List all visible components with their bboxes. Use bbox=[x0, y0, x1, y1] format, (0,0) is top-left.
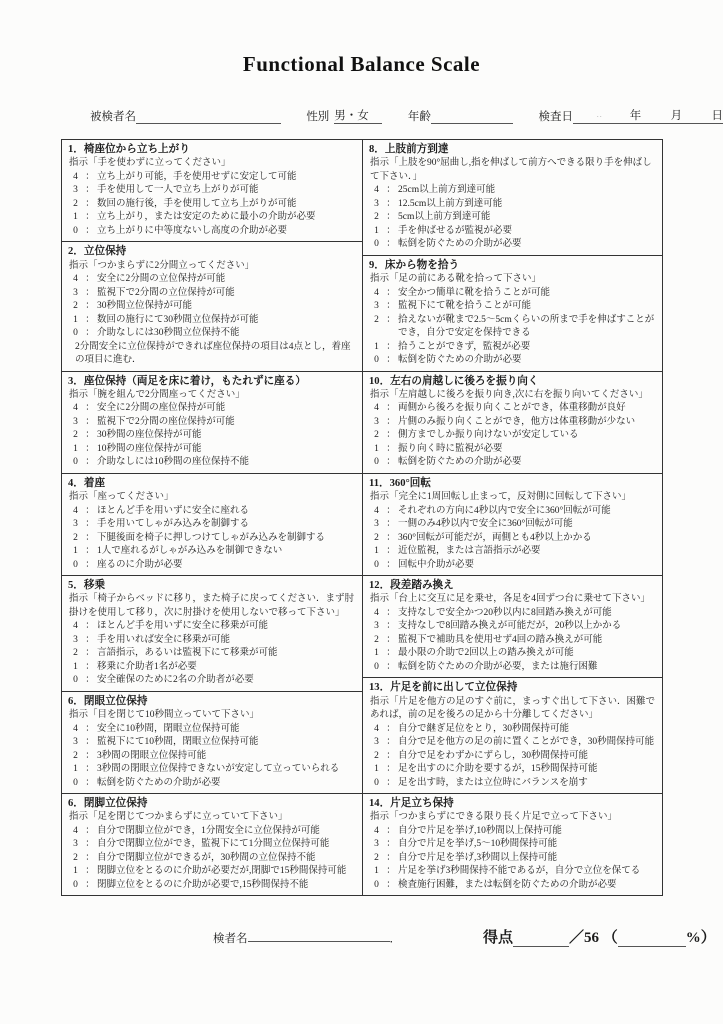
score-separator: ： bbox=[83, 723, 97, 736]
score-separator: ： bbox=[83, 865, 97, 878]
score-value: 3 bbox=[68, 184, 83, 197]
score-criterion: 片側のみ振り向くことができ，他方は体重移動が少ない bbox=[398, 416, 657, 429]
score-separator: ： bbox=[384, 838, 398, 851]
score-separator: ： bbox=[83, 750, 97, 763]
score-value: 3 bbox=[369, 416, 384, 429]
score-value: 0 bbox=[369, 879, 384, 892]
score-criterion: 支持なしで安全かつ20秒以内に8回踏み換えが可能 bbox=[398, 607, 657, 620]
section-body: 指示「足の前にある靴を拾って下さい」4：安全かつ簡単に靴を拾うことが可能3：監視… bbox=[369, 273, 657, 367]
total-score-label: 得点 bbox=[483, 930, 513, 946]
score-separator: ： bbox=[384, 852, 398, 865]
score-value: 4 bbox=[68, 620, 83, 633]
score-separator: ： bbox=[384, 532, 398, 545]
score-criterion: 転倒を防ぐための介助が必要 bbox=[398, 238, 657, 251]
section-body: 指示「左肩越しに後ろを振り向き,次に右を振り向いてください」4：両側から後ろを振… bbox=[369, 389, 657, 470]
score-value: 4 bbox=[68, 505, 83, 518]
year-label: 年 bbox=[630, 107, 642, 124]
score-value: 0 bbox=[369, 777, 384, 790]
score-value: 2 bbox=[68, 647, 83, 660]
section-body: 指示「座ってください」4：ほとんど手を用いずに安全に座れる3：手を用いてしゃがみ… bbox=[68, 491, 357, 572]
score-value: 3 bbox=[68, 838, 83, 851]
score-value: 1 bbox=[369, 443, 384, 456]
score-row: 0：座るのに介助が必要 bbox=[68, 559, 357, 572]
score-criterion: 介助なしには30秒間立位保持不能 bbox=[97, 327, 357, 340]
section-instruction: 指示「腕を組んで2分間座ってください」 bbox=[68, 389, 357, 402]
section-instruction: 指示「左肩越しに後ろを振り向き,次に右を振り向いてください」 bbox=[369, 389, 657, 402]
score-separator: ： bbox=[384, 736, 398, 749]
section-heading: 10．左右の肩越しに後ろを振り向く bbox=[369, 374, 657, 389]
score-value: 2 bbox=[68, 852, 83, 865]
score-separator: ： bbox=[83, 225, 97, 238]
score-criterion: 安全確保のために2名の介助者が必要 bbox=[97, 674, 357, 687]
score-separator: ： bbox=[384, 825, 398, 838]
score-row: 0：転倒を防ぐための介助が必要 bbox=[369, 354, 657, 367]
score-criterion: 手を伸ばせるが監視が必要 bbox=[398, 225, 657, 238]
section-13: 13．片足を前に出して立位保持指示「片足を他方の足のすぐ前に，まっすぐ出して下さ… bbox=[363, 677, 662, 793]
page-title: Functional Balance Scale bbox=[0, 0, 723, 77]
score-value: 3 bbox=[68, 736, 83, 749]
score-criterion: 最小限の介助で2回以上の踏み換えが可能 bbox=[398, 647, 657, 660]
score-row: 1：足を出すのに介助を要するが，15秒間保持可能 bbox=[369, 763, 657, 776]
score-separator: ： bbox=[83, 171, 97, 184]
score-group: 得点／56 （%） bbox=[483, 926, 716, 947]
score-value: 0 bbox=[68, 674, 83, 687]
score-row: 3：12.5cm以上前方到達可能 bbox=[369, 198, 657, 211]
score-row: 3：監視下にて10秒間，閉眼立位保持可能 bbox=[68, 736, 357, 749]
examiner-name-blank bbox=[248, 928, 390, 942]
score-criterion: 閉脚立位をとるのに介助が必要で,15秒間保持不能 bbox=[97, 879, 357, 892]
score-criterion: 拾うことができず，監視が必要 bbox=[398, 341, 657, 354]
score-criterion: 立ち上がりに中等度ないし高度の介助が必要 bbox=[97, 225, 357, 238]
section-body: 指示「目を閉じて10秒間立っていて下さい」4：安全に10秒間，閉眼立位保持可能3… bbox=[68, 709, 357, 790]
score-row: 3：監視下で2分間の立位保持が可能 bbox=[68, 287, 357, 300]
score-separator: ： bbox=[83, 327, 97, 340]
score-criterion: 自分で片足を挙げ,5～10秒間保持可能 bbox=[398, 838, 657, 851]
score-criterion: 数回の施行にて30秒間立位保持が可能 bbox=[97, 314, 357, 327]
score-row: 4：25cm以上前方到達可能 bbox=[369, 184, 657, 197]
score-value: 1 bbox=[369, 865, 384, 878]
score-criterion: ほとんど手を用いずに安全に移乗が可能 bbox=[97, 620, 357, 633]
score-row: 1：1人で座れるがしゃがみ込みを制御できない bbox=[68, 545, 357, 558]
score-row: 2：3秒間の閉眼立位保持可能 bbox=[68, 750, 357, 763]
score-value: 4 bbox=[369, 505, 384, 518]
score-separator: ： bbox=[384, 198, 398, 211]
score-separator: ： bbox=[83, 198, 97, 211]
section-instruction: 指示「足の前にある靴を拾って下さい」 bbox=[369, 273, 657, 286]
score-separator: ： bbox=[83, 518, 97, 531]
score-criterion: 安全に10秒間，閉眼立位保持可能 bbox=[97, 723, 357, 736]
score-value: 4 bbox=[68, 273, 83, 286]
header-fill-in-line: 被検者名 性別 男・女 年齢 検査日 ．． 年 月 日 bbox=[90, 107, 723, 124]
score-criterion: 25cm以上前方到達可能 bbox=[398, 184, 657, 197]
score-separator: ： bbox=[83, 545, 97, 558]
score-criterion: 拾えないが靴まで2.5～5cmくらいの所まで手を伸ばすことができ，自分で安定を保… bbox=[398, 314, 657, 341]
score-value: 4 bbox=[369, 825, 384, 838]
score-criterion: 介助なしには10秒間の座位保持不能 bbox=[97, 456, 357, 469]
score-row: 0：介助なしには30秒間立位保持不能 bbox=[68, 327, 357, 340]
section-heading: 4．着座 bbox=[68, 476, 357, 491]
score-row: 2：側方までしか振り向けないが安定している bbox=[369, 429, 657, 442]
score-value: 1 bbox=[369, 763, 384, 776]
section-heading: 3．座位保持（両足を床に着け，もたれずに座る） bbox=[68, 374, 357, 389]
section-instruction: 指示「足を閉じてつかまらずに立っていて下さい」 bbox=[68, 811, 357, 824]
section-instruction: 指示「上肢を90°屈曲し,指を伸ばして前方へできる限り手を伸ばして下さい．」 bbox=[369, 157, 657, 184]
score-criterion: 側方までしか振り向けないが安定している bbox=[398, 429, 657, 442]
score-value: 2 bbox=[369, 750, 384, 763]
score-criterion: 自分で足をわずかにずらし，30秒間保持可能 bbox=[398, 750, 657, 763]
section-instruction: 指示「台上に交互に足を乗せ，各足を4回ずつ台に乗せて下さい」 bbox=[369, 593, 657, 606]
footer-line: 検者名 ． 得点／56 （%） bbox=[213, 926, 723, 947]
score-value: 4 bbox=[369, 287, 384, 300]
score-separator: ： bbox=[83, 620, 97, 633]
score-criterion: 立ち上がり，または安定のために最小の介助が必要 bbox=[97, 211, 357, 224]
score-separator: ： bbox=[384, 225, 398, 238]
section-heading: 8．上肢前方到達 bbox=[369, 142, 657, 157]
score-value: 3 bbox=[369, 620, 384, 633]
section-heading: 1．椅座位から立ち上がり bbox=[68, 142, 357, 157]
section-instruction: 指示「片足を他方の足のすぐ前に，まっすぐ出して下さい．困難であれば，前の足を後ろ… bbox=[369, 696, 657, 723]
score-separator: ： bbox=[384, 518, 398, 531]
score-row: 4：安全に2分間の立位保持が可能 bbox=[68, 273, 357, 286]
score-row: 1：片足を挙げ3秒間保持不能であるが，自分で立位を保てる bbox=[369, 865, 657, 878]
score-separator: ： bbox=[384, 456, 398, 469]
score-separator: ： bbox=[83, 300, 97, 313]
score-value: 3 bbox=[68, 287, 83, 300]
section-body: 指示「完全に1周回転し止まって，反対側に回転して下さい」4：それぞれの方向に4秒… bbox=[369, 491, 657, 572]
section-body: 指示「足を閉じてつかまらずに立っていて下さい」4：自分で閉脚立位ができ，1分間安… bbox=[68, 811, 357, 892]
assessment-table: 1．椅座位から立ち上がり指示「手を使わずに立ってください」4：立ち上がり可能，手… bbox=[61, 139, 663, 896]
section-12: 12．段差踏み換え指示「台上に交互に足を乗せ，各足を4回ずつ台に乗せて下さい」4… bbox=[363, 575, 662, 677]
score-value: 1 bbox=[369, 225, 384, 238]
score-row: 0：介助なしには10秒間の座位保持不能 bbox=[68, 456, 357, 469]
score-criterion: 手を用いてしゃがみ込みを制御する bbox=[97, 518, 357, 531]
score-separator: ： bbox=[384, 429, 398, 442]
score-separator: ： bbox=[384, 634, 398, 647]
score-separator: ： bbox=[83, 763, 97, 776]
score-separator: ： bbox=[384, 607, 398, 620]
score-criterion: 監視下で2分間の立位保持が可能 bbox=[97, 287, 357, 300]
examiner-period: ． bbox=[390, 930, 402, 946]
score-criterion: 自分で片足を挙げ,10秒間以上保持可能 bbox=[398, 825, 657, 838]
score-separator: ： bbox=[384, 777, 398, 790]
score-criterion: 座るのに介助が必要 bbox=[97, 559, 357, 572]
score-row: 3：自分で閉脚立位ができ，監視下にて1分間立位保持可能 bbox=[68, 838, 357, 851]
score-value: 2 bbox=[68, 429, 83, 442]
section-8: 8．上肢前方到達指示「上肢を90°屈曲し,指を伸ばして前方へできる限り手を伸ばし… bbox=[363, 140, 662, 255]
score-row: 2：下腿後面を椅子に押しつけてしゃがみ込みを制御する bbox=[68, 532, 357, 545]
score-row: 3：手を用いれば安全に移乗が可能 bbox=[68, 634, 357, 647]
score-criterion: 監視下で補助具を使用せず4回の踏み換えが可能 bbox=[398, 634, 657, 647]
score-separator: ： bbox=[83, 736, 97, 749]
document-page: Functional Balance Scale 被検者名 性別 男・女 年齢 … bbox=[0, 0, 723, 1024]
score-row: 2：5cm以上前方到達可能 bbox=[369, 211, 657, 224]
score-row: 2：30秒間立位保持が可能 bbox=[68, 300, 357, 313]
score-separator: ： bbox=[384, 211, 398, 224]
score-criterion: 自分で閉脚立位ができ，監視下にて1分間立位保持可能 bbox=[97, 838, 357, 851]
sex-options: 男・女 bbox=[334, 107, 369, 124]
score-separator: ： bbox=[83, 429, 97, 442]
section-6b: 6．閉脚立位保持指示「足を閉じてつかまらずに立っていて下さい」4：自分で閉脚立位… bbox=[62, 793, 362, 895]
section-instruction: 指示「目を閉じて10秒間立っていて下さい」 bbox=[68, 709, 357, 722]
section-heading: 9．床から物を拾う bbox=[369, 258, 657, 273]
score-separator: ： bbox=[83, 314, 97, 327]
exam-date-blank: ．． bbox=[573, 110, 630, 124]
score-row: 4：安全に10秒間，閉眼立位保持可能 bbox=[68, 723, 357, 736]
score-value: 1 bbox=[68, 661, 83, 674]
score-row: 1：10秒間の座位保持が可能 bbox=[68, 443, 357, 456]
score-value: 1 bbox=[68, 211, 83, 224]
section-4: 4．着座指示「座ってください」4：ほとんど手を用いずに安全に座れる3：手を用いて… bbox=[62, 473, 362, 575]
score-value: 2 bbox=[369, 852, 384, 865]
total-score-blank bbox=[513, 931, 569, 947]
score-row: 3：監視下にて靴を拾うことが可能 bbox=[369, 300, 657, 313]
score-separator: ： bbox=[384, 723, 398, 736]
score-row: 4：立ち上がり可能，手を使用せずに安定して可能 bbox=[68, 171, 357, 184]
score-row: 2：自分で片足を挙げ,3秒間以上保持可能 bbox=[369, 852, 657, 865]
score-value: 4 bbox=[68, 723, 83, 736]
score-value: 4 bbox=[369, 723, 384, 736]
score-criterion: 一側のみ4秒以内で安全に360°回転が可能 bbox=[398, 518, 657, 531]
percent-close: %） bbox=[686, 930, 716, 946]
score-row: 3：手を用いてしゃがみ込みを制御する bbox=[68, 518, 357, 531]
age-blank bbox=[431, 110, 513, 124]
percent-paren-open: （ bbox=[603, 930, 618, 946]
score-row: 4：自分で閉脚立位ができ，1分間安全に立位保持が可能 bbox=[68, 825, 357, 838]
score-value: 2 bbox=[369, 211, 384, 224]
score-value: 2 bbox=[369, 429, 384, 442]
section-body: 指示「腕を組んで2分間座ってください」4：安全に2分間の座位保持が可能3：監視下… bbox=[68, 389, 357, 470]
score-criterion: 振り向く時に監視が必要 bbox=[398, 443, 657, 456]
score-row: 1：移乗に介助者1名が必要 bbox=[68, 661, 357, 674]
score-row: 0：安全確保のために2名の介助者が必要 bbox=[68, 674, 357, 687]
score-separator: ： bbox=[83, 456, 97, 469]
score-row: 4：それぞれの方向に4秒以内で安全に360°回転が可能 bbox=[369, 505, 657, 518]
score-row: 1：振り向く時に監視が必要 bbox=[369, 443, 657, 456]
section-instruction: 指示「完全に1周回転し止まって，反対側に回転して下さい」 bbox=[369, 491, 657, 504]
score-criterion: 安全に2分間の立位保持が可能 bbox=[97, 273, 357, 286]
section-14: 14．片足立ち保持指示「つかまらずにできる限り長く片足で立って下さい」4：自分で… bbox=[363, 793, 662, 895]
score-criterion: 移乗に介助者1名が必要 bbox=[97, 661, 357, 674]
score-value: 0 bbox=[68, 559, 83, 572]
score-criterion: 3秒間の閉眼立位保持可能 bbox=[97, 750, 357, 763]
section-instruction: 指示「座ってください」 bbox=[68, 491, 357, 504]
section-body: 指示「上肢を90°屈曲し,指を伸ばして前方へできる限り手を伸ばして下さい．」4：… bbox=[369, 157, 657, 251]
score-value: 0 bbox=[68, 456, 83, 469]
score-criterion: 360°回転が可能だが，両側とも4秒以上かかる bbox=[398, 532, 657, 545]
score-row: 0：足を出す時，または立位時にバランスを崩す bbox=[369, 777, 657, 790]
column-right: 8．上肢前方到達指示「上肢を90°屈曲し,指を伸ばして前方へできる限り手を伸ばし… bbox=[362, 140, 662, 895]
section-body: 指示「つかまらずにできる限り長く片足で立って下さい」4：自分で片足を挙げ,10秒… bbox=[369, 811, 657, 892]
score-row: 4：両側から後ろを振り向くことができ，体重移動が良好 bbox=[369, 402, 657, 415]
score-denominator: ／56 bbox=[569, 930, 599, 946]
score-criterion: ほとんど手を用いずに安全に座れる bbox=[97, 505, 357, 518]
score-value: 1 bbox=[369, 545, 384, 558]
score-separator: ： bbox=[83, 184, 97, 197]
section-heading: 14．片足立ち保持 bbox=[369, 796, 657, 811]
score-row: 1：数回の施行にて30秒間立位保持が可能 bbox=[68, 314, 357, 327]
score-row: 4：自分で継ぎ足位をとり，30秒間保持可能 bbox=[369, 723, 657, 736]
score-criterion: 言語指示，あるいは監視下にて移乗が可能 bbox=[97, 647, 357, 660]
score-value: 3 bbox=[369, 736, 384, 749]
score-row: 0：転倒を防ぐための介助が必要 bbox=[369, 238, 657, 251]
score-criterion: 監視下で2分間の座位保持が可能 bbox=[97, 416, 357, 429]
score-row: 2：360°回転が可能だが，両側とも4秒以上かかる bbox=[369, 532, 657, 545]
score-criterion: 3秒間の閉眼立位保持できないが安定して立っていられる bbox=[97, 763, 357, 776]
score-value: 3 bbox=[369, 300, 384, 313]
examiner-label: 検者名 bbox=[213, 930, 248, 946]
score-criterion: 自分で閉脚立位ができるが，30秒間の立位保持不能 bbox=[97, 852, 357, 865]
score-separator: ： bbox=[83, 825, 97, 838]
score-row: 3：自分で足を他方の足の前に置くことができ，30秒間保持可能 bbox=[369, 736, 657, 749]
score-value: 0 bbox=[369, 238, 384, 251]
score-row: 2：自分で足をわずかにずらし，30秒間保持可能 bbox=[369, 750, 657, 763]
score-row: 2：30秒間の座位保持が可能 bbox=[68, 429, 357, 442]
score-row: 0：転倒を防ぐための介助が必要 bbox=[68, 777, 357, 790]
section-2: 2．立位保持指示「つかまらずに2分間立ってください」4：安全に2分間の立位保持が… bbox=[62, 241, 362, 370]
section-heading: 13．片足を前に出して立位保持 bbox=[369, 680, 657, 695]
score-separator: ： bbox=[384, 443, 398, 456]
score-criterion: 立ち上がり可能，手を使用せずに安定して可能 bbox=[97, 171, 357, 184]
score-criterion: 数回の施行後，手を使用して立ち上がりが可能 bbox=[97, 198, 357, 211]
score-row: 4：ほとんど手を用いずに安全に座れる bbox=[68, 505, 357, 518]
score-separator: ： bbox=[384, 559, 398, 572]
score-value: 2 bbox=[369, 532, 384, 545]
score-row: 0：転倒を防ぐための介助が必要 bbox=[369, 456, 657, 469]
sex-blank bbox=[369, 110, 383, 124]
score-row: 0：閉脚立位をとるのに介助が必要で,15秒間保持不能 bbox=[68, 879, 357, 892]
section-heading: 5．移乗 bbox=[68, 578, 357, 593]
score-separator: ： bbox=[384, 865, 398, 878]
score-separator: ： bbox=[83, 647, 97, 660]
score-criterion: 支持なしで8回踏み換えが可能だが，20秒以上かかる bbox=[398, 620, 657, 633]
score-value: 2 bbox=[68, 300, 83, 313]
score-row: 1：近位監視，または言語指示が必要 bbox=[369, 545, 657, 558]
score-criterion: 5cm以上前方到達可能 bbox=[398, 211, 657, 224]
percent-blank bbox=[618, 931, 686, 947]
score-separator: ： bbox=[83, 879, 97, 892]
score-value: 4 bbox=[68, 402, 83, 415]
score-value: 2 bbox=[68, 532, 83, 545]
score-value: 3 bbox=[369, 518, 384, 531]
score-row: 3：監視下で2分間の座位保持が可能 bbox=[68, 416, 357, 429]
section-heading: 2．立位保持 bbox=[68, 244, 357, 259]
score-criterion: 近位監視，または言語指示が必要 bbox=[398, 545, 657, 558]
section-body: 指示「つかまらずに2分間立ってください」4：安全に2分間の立位保持が可能3：監視… bbox=[68, 260, 357, 368]
score-row: 0：転倒を防ぐための介助が必要，または施行困難 bbox=[369, 661, 657, 674]
score-criterion: 回転中介助が必要 bbox=[398, 559, 657, 572]
score-separator: ： bbox=[384, 402, 398, 415]
section-1: 1．椅座位から立ち上がり指示「手を使わずに立ってください」4：立ち上がり可能，手… bbox=[62, 140, 362, 241]
score-row: 1：手を伸ばせるが監視が必要 bbox=[369, 225, 657, 238]
score-row: 4：自分で片足を挙げ,10秒間以上保持可能 bbox=[369, 825, 657, 838]
score-value: 1 bbox=[68, 865, 83, 878]
score-value: 1 bbox=[68, 545, 83, 558]
score-criterion: 監視下にて靴を拾うことが可能 bbox=[398, 300, 657, 313]
section-6: 6．閉眼立位保持指示「目を閉じて10秒間立っていて下さい」4：安全に10秒間，閉… bbox=[62, 691, 362, 793]
score-criterion: 自分で継ぎ足位をとり，30秒間保持可能 bbox=[398, 723, 657, 736]
score-criterion: それぞれの方向に4秒以内で安全に360°回転が可能 bbox=[398, 505, 657, 518]
score-value: 3 bbox=[68, 518, 83, 531]
score-criterion: 安全に2分間の座位保持が可能 bbox=[97, 402, 357, 415]
score-separator: ： bbox=[83, 532, 97, 545]
section-body: 指示「台上に交互に足を乗せ，各足を4回ずつ台に乗せて下さい」4：支持なしで安全か… bbox=[369, 593, 657, 674]
score-separator: ： bbox=[83, 559, 97, 572]
score-separator: ： bbox=[83, 416, 97, 429]
score-separator: ： bbox=[83, 674, 97, 687]
month-label: 月 bbox=[671, 107, 683, 124]
column-left: 1．椅座位から立ち上がり指示「手を使わずに立ってください」4：立ち上がり可能，手… bbox=[62, 140, 362, 895]
score-criterion: 下腿後面を椅子に押しつけてしゃがみ込みを制御する bbox=[97, 532, 357, 545]
score-row: 0：立ち上がりに中等度ないし高度の介助が必要 bbox=[68, 225, 357, 238]
score-value: 0 bbox=[369, 456, 384, 469]
score-value: 0 bbox=[68, 327, 83, 340]
score-separator: ： bbox=[384, 661, 398, 674]
score-criterion: 足を出す時，または立位時にバランスを崩す bbox=[398, 777, 657, 790]
score-separator: ： bbox=[384, 879, 398, 892]
section-5: 5．移乗指示「椅子からベッドに移り，また椅子に戻ってください．まず肘掛けを使用し… bbox=[62, 575, 362, 691]
examinee-name-label: 被検者名 bbox=[90, 108, 136, 124]
section-note: 2分間安全に立位保持ができれば座位保持の項目は4点とし，着座の項目に進む． bbox=[68, 341, 357, 368]
score-value: 4 bbox=[369, 607, 384, 620]
score-row: 2：言語指示，あるいは監視下にて移乗が可能 bbox=[68, 647, 357, 660]
score-criterion: 30秒間の座位保持が可能 bbox=[97, 429, 357, 442]
score-separator: ： bbox=[384, 238, 398, 251]
score-separator: ： bbox=[384, 750, 398, 763]
score-separator: ： bbox=[83, 211, 97, 224]
score-criterion: 12.5cm以上前方到達可能 bbox=[398, 198, 657, 211]
score-criterion: 閉脚立位をとるのに介助が必要だが,閉脚で15秒間保持可能 bbox=[97, 865, 357, 878]
score-criterion: 手を用いれば安全に移乗が可能 bbox=[97, 634, 357, 647]
score-row: 1：拾うことができず，監視が必要 bbox=[369, 341, 657, 354]
score-value: 2 bbox=[369, 634, 384, 647]
score-value: 2 bbox=[369, 314, 384, 341]
score-value: 4 bbox=[369, 402, 384, 415]
score-row: 1：閉脚立位をとるのに介助が必要だが,閉脚で15秒間保持可能 bbox=[68, 865, 357, 878]
score-row: 0：検査施行困難，または転倒を防ぐための介助が必要 bbox=[369, 879, 657, 892]
section-3: 3．座位保持（両足を床に着け，もたれずに座る）指示「腕を組んで2分間座ってくださ… bbox=[62, 371, 362, 473]
section-body: 指示「椅子からベッドに移り，また椅子に戻ってください．まず肘掛けを使用して移り，… bbox=[68, 593, 357, 687]
score-value: 3 bbox=[68, 634, 83, 647]
section-heading: 12．段差踏み換え bbox=[369, 578, 657, 593]
score-row: 2：数回の施行後，手を使用して立ち上がりが可能 bbox=[68, 198, 357, 211]
score-row: 4：支持なしで安全かつ20秒以内に8回踏み換えが可能 bbox=[369, 607, 657, 620]
score-value: 1 bbox=[68, 314, 83, 327]
score-criterion: 監視下にて10秒間，閉眼立位保持可能 bbox=[97, 736, 357, 749]
score-separator: ： bbox=[384, 647, 398, 660]
score-value: 1 bbox=[68, 443, 83, 456]
score-separator: ： bbox=[384, 287, 398, 300]
score-criterion: 転倒を防ぐための介助が必要 bbox=[97, 777, 357, 790]
score-row: 2：監視下で補助具を使用せず4回の踏み換えが可能 bbox=[369, 634, 657, 647]
score-criterion: 自分で閉脚立位ができ，1分間安全に立位保持が可能 bbox=[97, 825, 357, 838]
score-criterion: 転倒を防ぐための介助が必要 bbox=[398, 456, 657, 469]
score-row: 4：ほとんど手を用いずに安全に移乗が可能 bbox=[68, 620, 357, 633]
score-criterion: 手を使用して一人で立ち上がりが可能 bbox=[97, 184, 357, 197]
score-row: 1：3秒間の閉眼立位保持できないが安定して立っていられる bbox=[68, 763, 357, 776]
score-separator: ： bbox=[83, 661, 97, 674]
score-value: 0 bbox=[68, 879, 83, 892]
score-criterion: 検査施行困難，または転倒を防ぐための介助が必要 bbox=[398, 879, 657, 892]
score-value: 0 bbox=[369, 559, 384, 572]
score-separator: ： bbox=[83, 273, 97, 286]
score-separator: ： bbox=[384, 416, 398, 429]
score-row: 3：自分で片足を挙げ,5～10秒間保持可能 bbox=[369, 838, 657, 851]
score-row: 2：拾えないが靴まで2.5～5cmくらいの所まで手を伸ばすことができ，自分で安定… bbox=[369, 314, 657, 341]
section-instruction: 指示「つかまらずに2分間立ってください」 bbox=[68, 260, 357, 273]
score-criterion: 自分で片足を挙げ,3秒間以上保持可能 bbox=[398, 852, 657, 865]
score-value: 2 bbox=[68, 750, 83, 763]
score-row: 3：一側のみ4秒以内で安全に360°回転が可能 bbox=[369, 518, 657, 531]
